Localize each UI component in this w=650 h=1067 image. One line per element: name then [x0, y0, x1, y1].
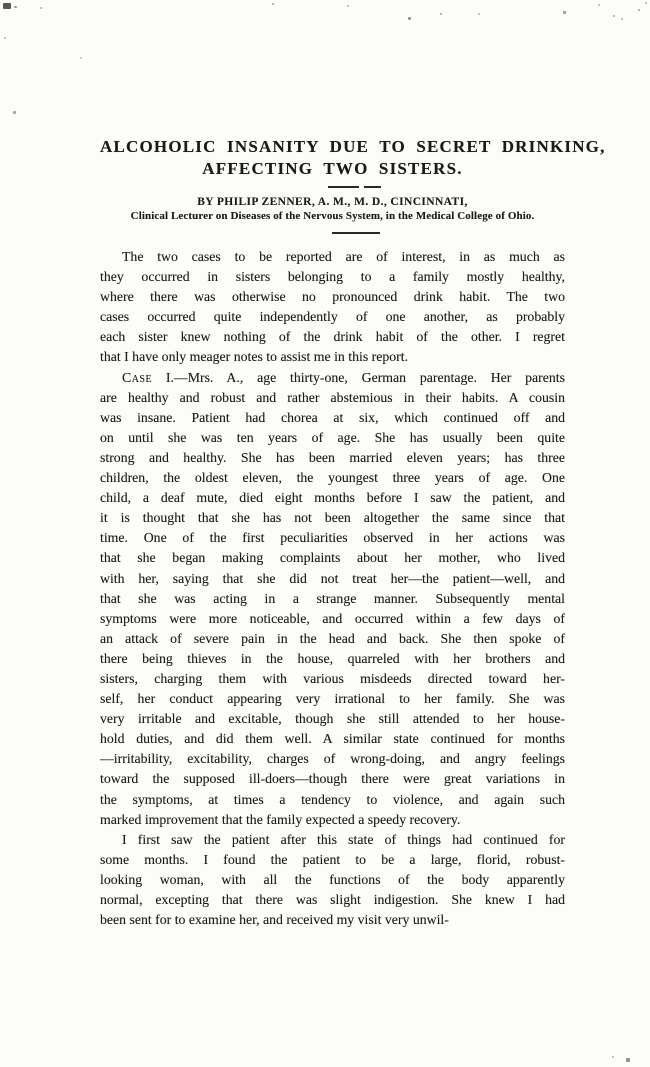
text-line: with her, saying that she did not treat …	[100, 569, 565, 589]
scan-speck	[612, 1056, 614, 1058]
text-line: are healthy and robust and rather abstem…	[100, 388, 565, 408]
paragraph: Case I.—Mrs. A., age thirty-one, German …	[100, 368, 565, 830]
text-line: it is thought that she has not been alto…	[100, 508, 565, 528]
scan-speck	[563, 11, 566, 14]
scan-speck	[645, 2, 647, 4]
text-line: —irritability, excitability, charges of …	[100, 749, 565, 769]
scan-speck	[3, 3, 11, 9]
text-line: children, the oldest eleven, the younges…	[100, 468, 565, 488]
scan-speck	[613, 15, 615, 17]
text-line: The two cases to be reported are of inte…	[100, 247, 565, 267]
scan-speck	[347, 5, 349, 7]
text-line: was insane. Patient had chorea at six, w…	[100, 408, 565, 428]
paragraph: I first saw the patient after this state…	[100, 830, 565, 930]
scan-speck	[40, 7, 42, 9]
ornamental-rule	[328, 186, 359, 188]
text-line: the symptoms, at times a tendency to vio…	[100, 790, 565, 810]
text-line: strong and healthy. She has been married…	[100, 448, 565, 468]
scan-speck	[638, 9, 640, 11]
text-line: some months. I found the patient to be a…	[100, 850, 565, 870]
text-line: on until she was ten years of age. She h…	[100, 428, 565, 448]
text-line: they occurred in sisters belonging to a …	[100, 267, 565, 287]
text-line: self, her conduct appearing very irratio…	[100, 689, 565, 709]
paragraph: The two cases to be reported are of inte…	[100, 247, 565, 368]
scanned-paper-page: ALCOHOLIC INSANITY DUE TO SECRET DRINKIN…	[0, 0, 650, 1067]
scan-speck	[80, 57, 82, 59]
text-line: normal, excepting that there was slight …	[100, 890, 565, 910]
scan-speck	[440, 13, 442, 15]
text-line: hold duties, and did them well. A simila…	[100, 729, 565, 749]
text-line: that she began making complaints about h…	[100, 548, 565, 568]
author-affiliation: Clinical Lecturer on Diseases of the Ner…	[92, 210, 573, 222]
text-line: sisters, charging them with various misd…	[100, 669, 565, 689]
text-line: very irritable and excitable, though she…	[100, 709, 565, 729]
scan-speck	[4, 37, 6, 39]
document-body: The two cases to be reported are of inte…	[100, 247, 565, 930]
scan-speck	[621, 18, 623, 20]
text-line: been sent for to examine her, and receiv…	[100, 910, 565, 930]
text-line: toward the supposed ill-doers—though the…	[100, 769, 565, 789]
text-line: child, a deaf mute, died eight months be…	[100, 488, 565, 508]
article-title-line2: AFFECTING TWO SISTERS.	[100, 159, 565, 179]
author-byline: BY PHILIP ZENNER, A. M., M. D., CINCINNA…	[100, 196, 565, 208]
text-line: that I have only meager notes to assist …	[100, 347, 565, 367]
scan-speck	[13, 111, 16, 114]
text-line: looking woman, with all the functions of…	[100, 870, 565, 890]
text-line: an attack of severe pain in the head and…	[100, 629, 565, 649]
text-line: time. One of the first peculiarities obs…	[100, 528, 565, 548]
text-line: marked improvement that the family expec…	[100, 810, 565, 830]
scan-speck	[272, 3, 274, 5]
article-title-line1: ALCOHOLIC INSANITY DUE TO SECRET DRINKIN…	[100, 137, 565, 157]
text-line: each sister knew nothing of the drink ha…	[100, 327, 565, 347]
text-line: where there was otherwise no pronounced …	[100, 287, 565, 307]
text-line: symptoms were more noticeable, and occur…	[100, 609, 565, 629]
scan-speck	[14, 6, 17, 8]
scan-speck	[626, 1058, 630, 1062]
text-line: I first saw the patient after this state…	[100, 830, 565, 850]
case-heading-label: Case	[122, 370, 152, 385]
text-line: cases occurred quite independently of on…	[100, 307, 565, 327]
scan-speck	[598, 4, 600, 6]
ornamental-rule	[332, 232, 380, 234]
text-line: that she was acting in a strange manner.…	[100, 589, 565, 609]
text-line: Case I.—Mrs. A., age thirty-one, German …	[100, 368, 565, 388]
scan-speck	[478, 13, 480, 15]
ornamental-rule	[364, 186, 381, 188]
scan-speck	[408, 17, 411, 20]
text-line: there being thieves in the house, quarre…	[100, 649, 565, 669]
